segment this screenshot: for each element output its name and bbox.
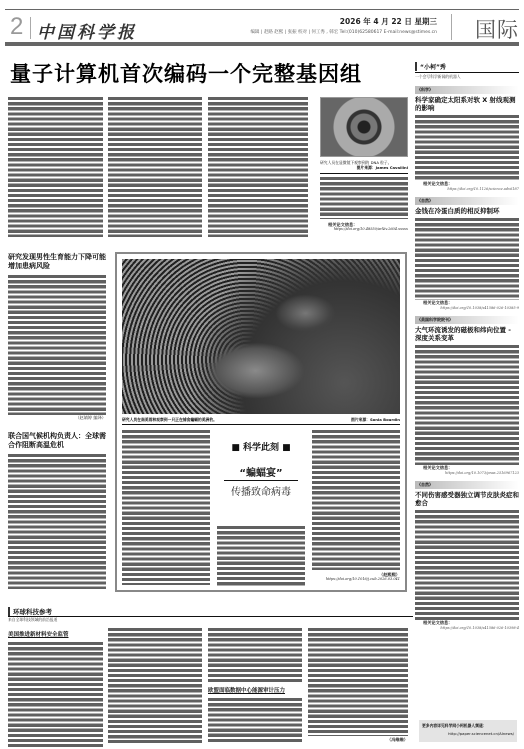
sidebar-source-label: 相关论文信息： [415,300,519,305]
journal-tag: 《自然》 [415,481,519,489]
sidebar-source-label: 相关论文信息： [415,181,519,186]
journal-tag: 《美国科学院院刊》 [415,316,519,324]
section-title: 环球科技参考 [8,607,413,616]
left-article-2-title: 联合国气候机构负责人：全球需合作阻断高温危机 [8,432,106,450]
issue-date: 2026 年 4 月 22 日 星期三 [340,16,437,27]
left-article-1-byline: （赵婧婷 编译） [8,415,106,421]
sidebar-item-body [415,218,519,300]
journal-tag: 《自然》 [415,197,519,205]
bottom-article-1: 美国推进新材料安全监管 [8,630,103,749]
left-article-1-body [8,275,106,415]
left-article-2: 联合国气候机构负责人：全球需合作阻断高温危机 [8,432,106,589]
sidebar-item-url[interactable]: https://doi.org/10.1038/s41586-026-10385… [415,306,519,310]
editor-contacts: 编辑 | 赵路 赵熙 | 张振 校对 | 何工秀 , 韩宏 Tel:(010)6… [250,29,437,35]
main-article-column-3 [208,97,308,237]
column-name: ■ 科学此刻 ■ [217,440,305,453]
main-photo-credit: 图片来源：James Cavallini [320,165,408,170]
left-article-1: 研究发现男性生育能力下降可能增加患病风险 （赵婧婷 编译） [8,253,106,421]
page-number: 2 [10,15,23,39]
feature-title-line-1: “蝙蝠宴” [217,464,305,479]
sidebar-source-label: 相关论文信息： [415,465,519,470]
bottom-article-2-title: 欧盟面临数据中心能源审计压力 [208,686,302,694]
bottom-article-2: 欧盟面临数据中心能源审计压力 [208,686,302,743]
bottom-article-2-body [208,698,302,743]
feature-source: （赵熙熙） https://doi.org/10.1016/j.cub.2026… [312,572,400,584]
xiaoke-sidebar: “小柯”秀 一个会写科学新闻的机器人 《科学》 科学家确定太阳系对软 X 射线观… [415,62,519,630]
sidebar-item: 《美国科学院院刊》 大气环流诱发的磁极和纬向位置 - 深度关系变革 相关论文信息… [415,316,519,475]
sidebar-item-url[interactable]: https://doi.org/10.1038/s41586-026-10398… [415,626,519,630]
main-article-column-1 [8,97,103,237]
main-article-column-2 [108,97,202,237]
left-article-1-title: 研究发现男性生育能力下降可能增加患病风险 [8,253,106,271]
sidebar-item-url[interactable]: https://doi.org/10.1126/science.adv6187 [415,187,519,191]
sidebar-item: 《自然》 金钱在冷蛋白质的相反抑制环 相关论文信息： https://doi.o… [415,197,519,310]
sidebar-item-title: 不同伤害感受器独立调节皮肤炎症和愈合 [415,491,519,507]
section-subtitle: 来自全球科技领域的前沿报道 [8,617,413,623]
section-divider [451,14,452,40]
dna-particle-photo [320,97,408,157]
bottom-column-2 [108,628,202,743]
feature-column-2 [217,526,305,586]
caption-rule [320,173,408,174]
jaguar-photo [122,259,400,414]
feature-photo-caption: 研究人员在南美雨林观察到一只正在捕食蝙蝠的美洲豹。 [122,417,217,423]
sidebar-footer-text: 更多内容详见科学网小柯机器人频道： [422,723,514,729]
sidebar-header: “小柯”秀 [415,62,519,71]
sidebar-item-body [415,510,519,620]
sidebar-item-title: 金钱在冷蛋白质的相反抑制环 [415,207,519,215]
bottom-article-1-body [8,642,103,749]
main-article-source: 相关论文信息： https://doi.org/10.48550/arXiv.2… [320,222,408,236]
feature-caption-rule [122,424,400,425]
paper-logo: 中国科学报 [37,18,137,43]
section-name: 国际 [475,14,519,44]
masthead: 2 中国科学报 2026 年 4 月 22 日 星期三 编辑 | 赵路 赵熙 |… [5,10,519,42]
feature-title-rule [224,480,298,481]
sidebar-item-title: 大气环流诱发的磁极和纬向位置 - 深度关系变革 [415,326,519,342]
sidebar-header-rule [415,72,519,73]
sidebar-item-url[interactable]: https://doi.org/10.1073/pnas.2516967123 [415,471,519,475]
sidebar-footer-url[interactable]: http://paper.sciencenet.cn/AInews/ [422,731,514,736]
feature-title-line-2: 传播致命病毒 [217,483,305,498]
masthead-bottom-rule [5,42,519,46]
bottom-column-4 [308,628,408,736]
bottom-byline: （冯维维） [308,737,408,743]
feature-source-url[interactable]: https://doi.org/10.1016/j.cub.2026.03.04… [312,577,400,582]
source-url[interactable]: https://doi.org/10.48550/arXiv.2604.xxxx… [320,227,408,232]
global-tech-reference-header: 环球科技参考 来自全球科技领域的前沿报道 [8,607,413,623]
sidebar-item-title: 科学家确定太阳系对软 X 射线观测的影响 [415,96,519,112]
masthead-divider [30,17,31,39]
feature-photo-caption-row: 研究人员在南美雨林观察到一只正在捕食蝙蝠的美洲豹。 图片来源：Sonia Bou… [122,417,400,423]
main-article-column-4 [320,177,408,219]
main-photo-caption-block: 研究人员在显微镜下观察到的 DNA 粒子。 图片来源：James Cavalli… [320,160,408,170]
sidebar-item-body [415,115,519,181]
journal-tag: 《科学》 [415,86,519,94]
sidebar-item: 《自然》 不同伤害感受器独立调节皮肤炎症和愈合 相关论文信息： https://… [415,481,519,630]
feature-column-3 [312,430,400,570]
sidebar-footer: 更多内容详见科学网小柯机器人频道： http://paper.sciencene… [419,720,517,742]
bottom-column-3a [208,628,302,683]
feature-photo-credit: 图片来源：Sonia Bourdin [351,417,400,423]
sidebar-item-body [415,345,519,465]
bottom-article-1-title: 美国推进新材料安全监管 [8,630,103,638]
main-headline: 量子计算机首次编码一个完整基因组 [10,58,362,88]
feature-box: 研究人员在南美雨林观察到一只正在捕食蝙蝠的美洲豹。 图片来源：Sonia Bou… [115,252,407,592]
feature-column-1 [122,430,210,585]
sidebar-item: 《科学》 科学家确定太阳系对软 X 射线观测的影响 相关论文信息： https:… [415,86,519,191]
left-article-2-body [8,454,106,589]
sidebar-tagline: 一个会写科学新闻的机器人 [415,74,519,80]
sidebar-source-label: 相关论文信息： [415,620,519,625]
